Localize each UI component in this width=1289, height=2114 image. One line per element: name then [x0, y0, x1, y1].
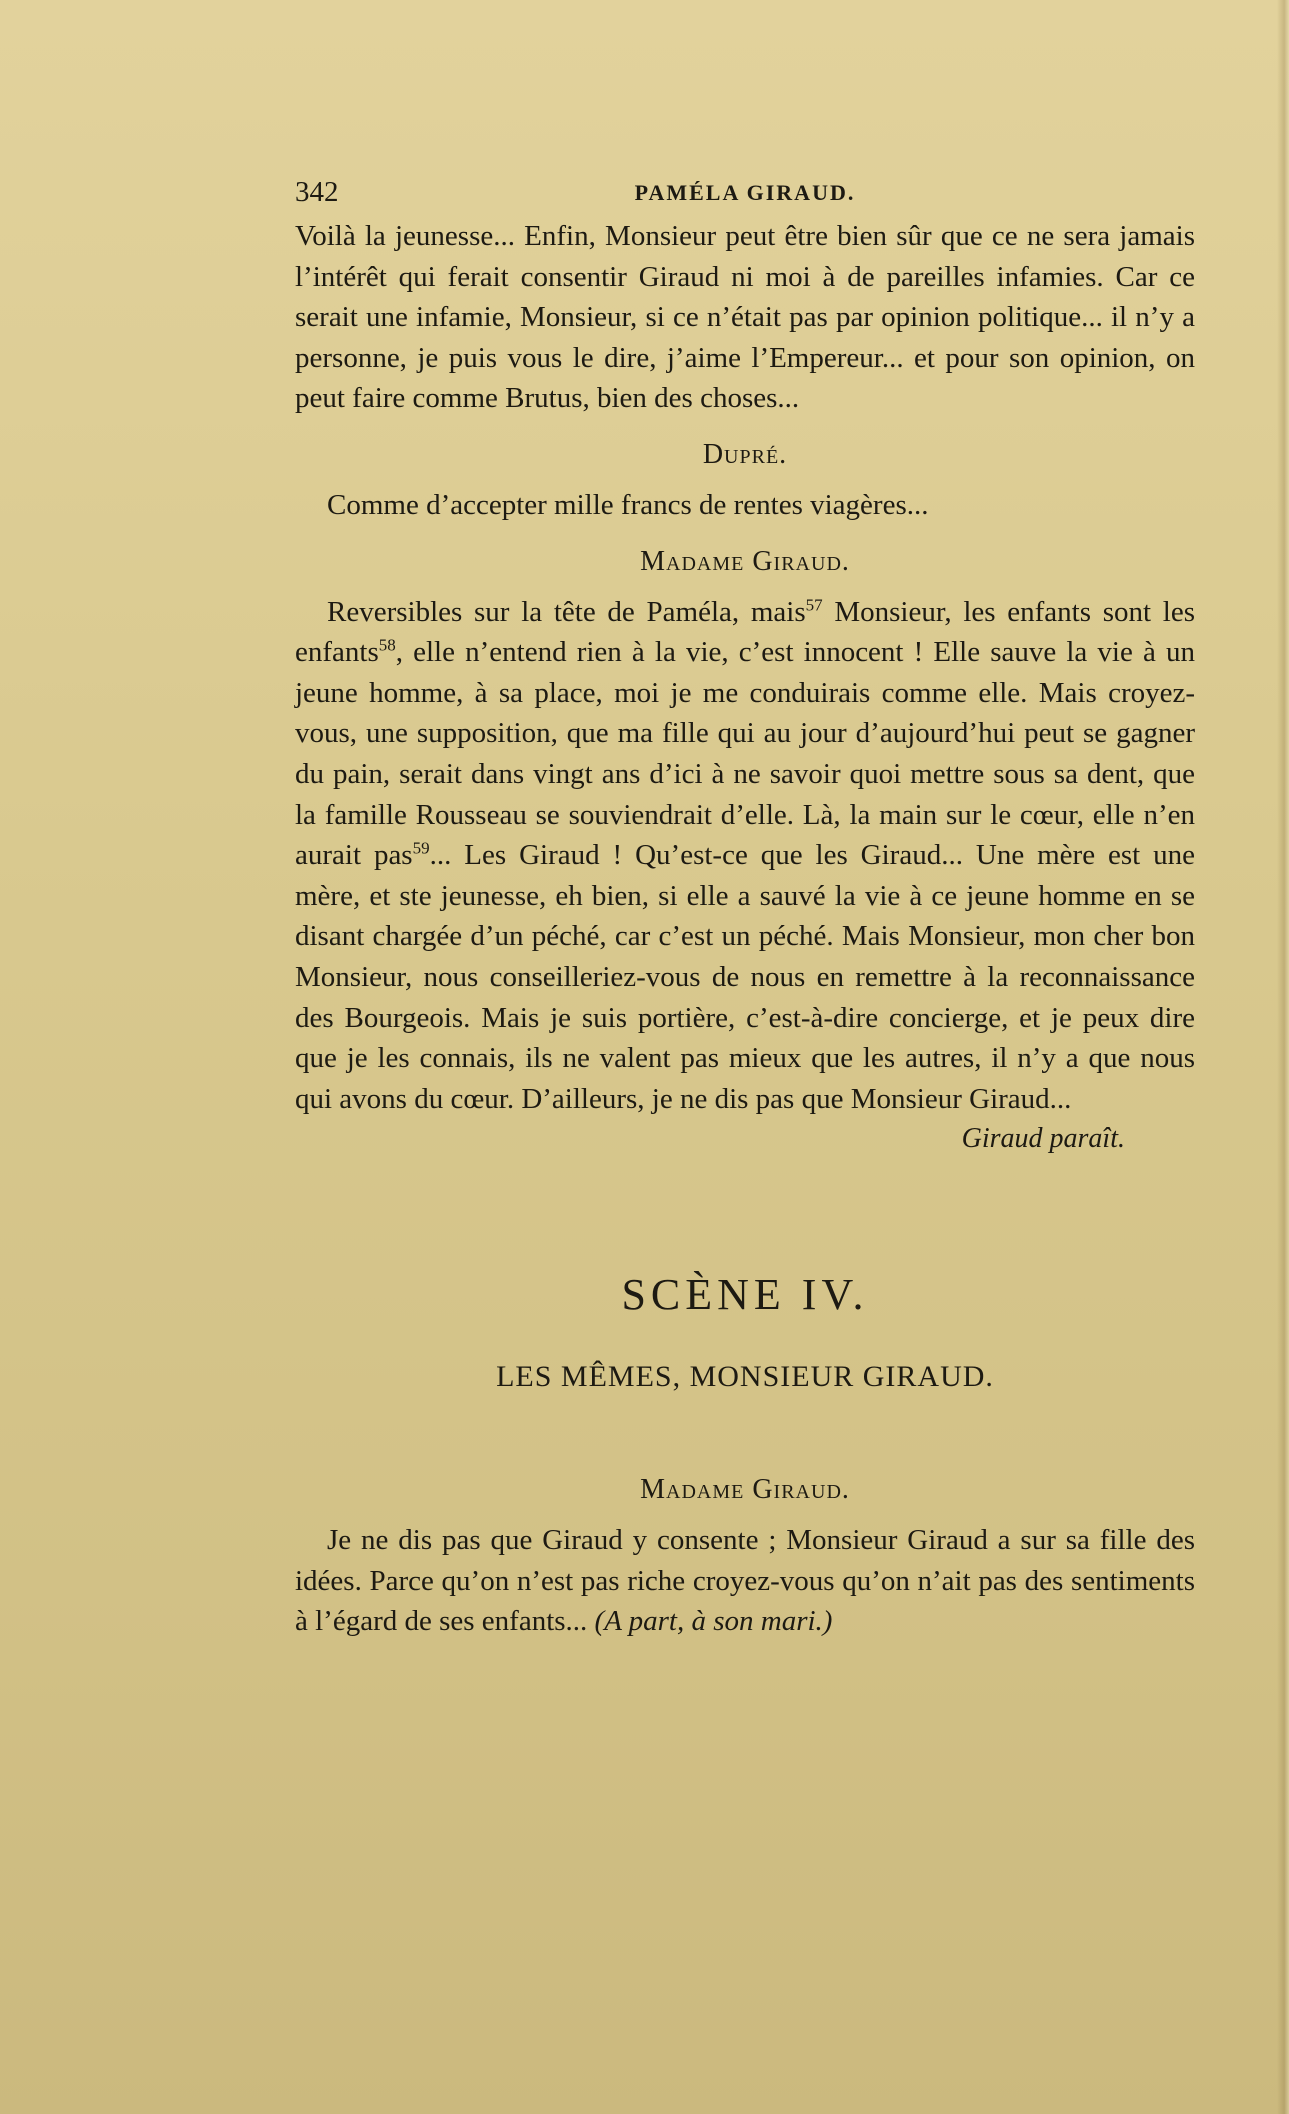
- speech-madame-giraud-2: Je ne dis pas que Giraud y consente ; Mo…: [295, 1520, 1195, 1642]
- paragraph-continuation: Voilà la jeunesse... Enfin, Monsieur peu…: [295, 216, 1195, 419]
- speech-dupre: Comme d’accepter mille francs de rentes …: [295, 485, 1195, 526]
- book-page: 342 PAMÉLA GIRAUD. Voilà la jeunesse... …: [295, 176, 1195, 1642]
- page-edge-shadow: [1277, 0, 1289, 2114]
- running-title: PAMÉLA GIRAUD.: [295, 180, 1195, 206]
- speaker-dupre: Dupré.: [295, 435, 1195, 475]
- footnote-ref-57[interactable]: 57: [806, 595, 823, 614]
- stage-direction: Giraud paraît.: [295, 1119, 1195, 1159]
- speaker-madame-giraud-2: Madame Giraud.: [295, 1470, 1195, 1510]
- speech-madame-giraud: Reversibles sur la tête de Paméla, mais5…: [295, 592, 1195, 1120]
- speaker-madame-giraud: Madame Giraud.: [295, 542, 1195, 582]
- scene-characters: LES MÊMES, MONSIEUR GIRAUD.: [295, 1360, 1195, 1394]
- page-header: 342 PAMÉLA GIRAUD.: [295, 176, 1195, 216]
- footnote-ref-58[interactable]: 58: [379, 636, 396, 655]
- scene-title: SCÈNE IV.: [295, 1269, 1195, 1320]
- inline-stage-direction: (A part, à son mari.): [595, 1605, 833, 1637]
- footnote-ref-59[interactable]: 59: [413, 838, 430, 857]
